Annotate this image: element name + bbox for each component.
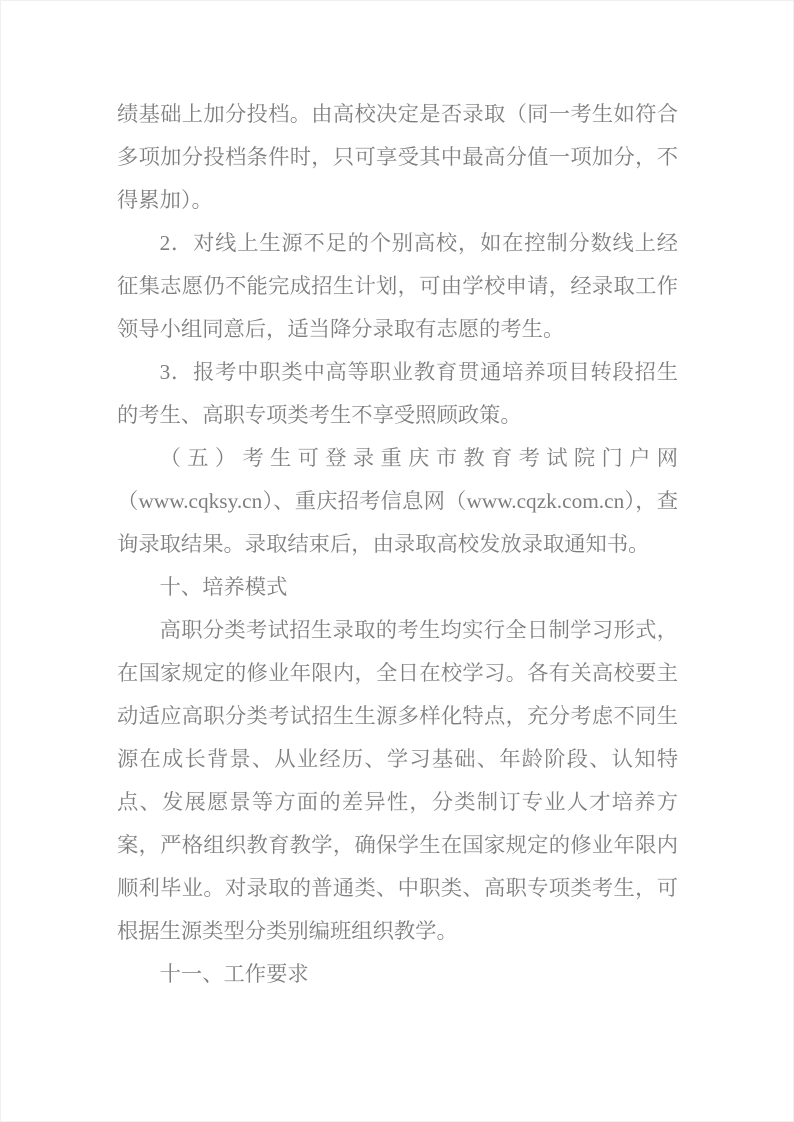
document-body: 绩基础上加分投档。由高校决定是否录取（同一考生如符合多项加分投档条件时，只可享受… (117, 93, 678, 996)
training-model-body: 高职分类考试招生录取的考生均实行全日制学习形式，在国家规定的修业年限内，全日在校… (117, 609, 678, 953)
item-5-result-inquiry: （五）考生可登录重庆市教育考试院门户网（www.cqksy.cn）、重庆招考信息… (117, 437, 678, 566)
section-heading-work-requirements: 十一、工作要求 (117, 953, 678, 996)
continuation-paragraph-bonus-points: 绩基础上加分投档。由高校决定是否录取（同一考生如符合多项加分投档条件时，只可享受… (117, 93, 678, 222)
section-heading-training-model: 十、培养模式 (117, 566, 678, 609)
item-3-no-preferential-policy: 3．报考中职类中高等职业教育贯通培养项目转段招生的考生、高职专项类考生不享受照顾… (117, 351, 678, 437)
document-page: 绩基础上加分投档。由高校决定是否录取（同一考生如符合多项加分投档条件时，只可享受… (0, 0, 794, 1122)
item-2-insufficient-applicants: 2．对线上生源不足的个别高校，如在控制分数线上经征集志愿仍不能完成招生计划，可由… (117, 222, 678, 351)
